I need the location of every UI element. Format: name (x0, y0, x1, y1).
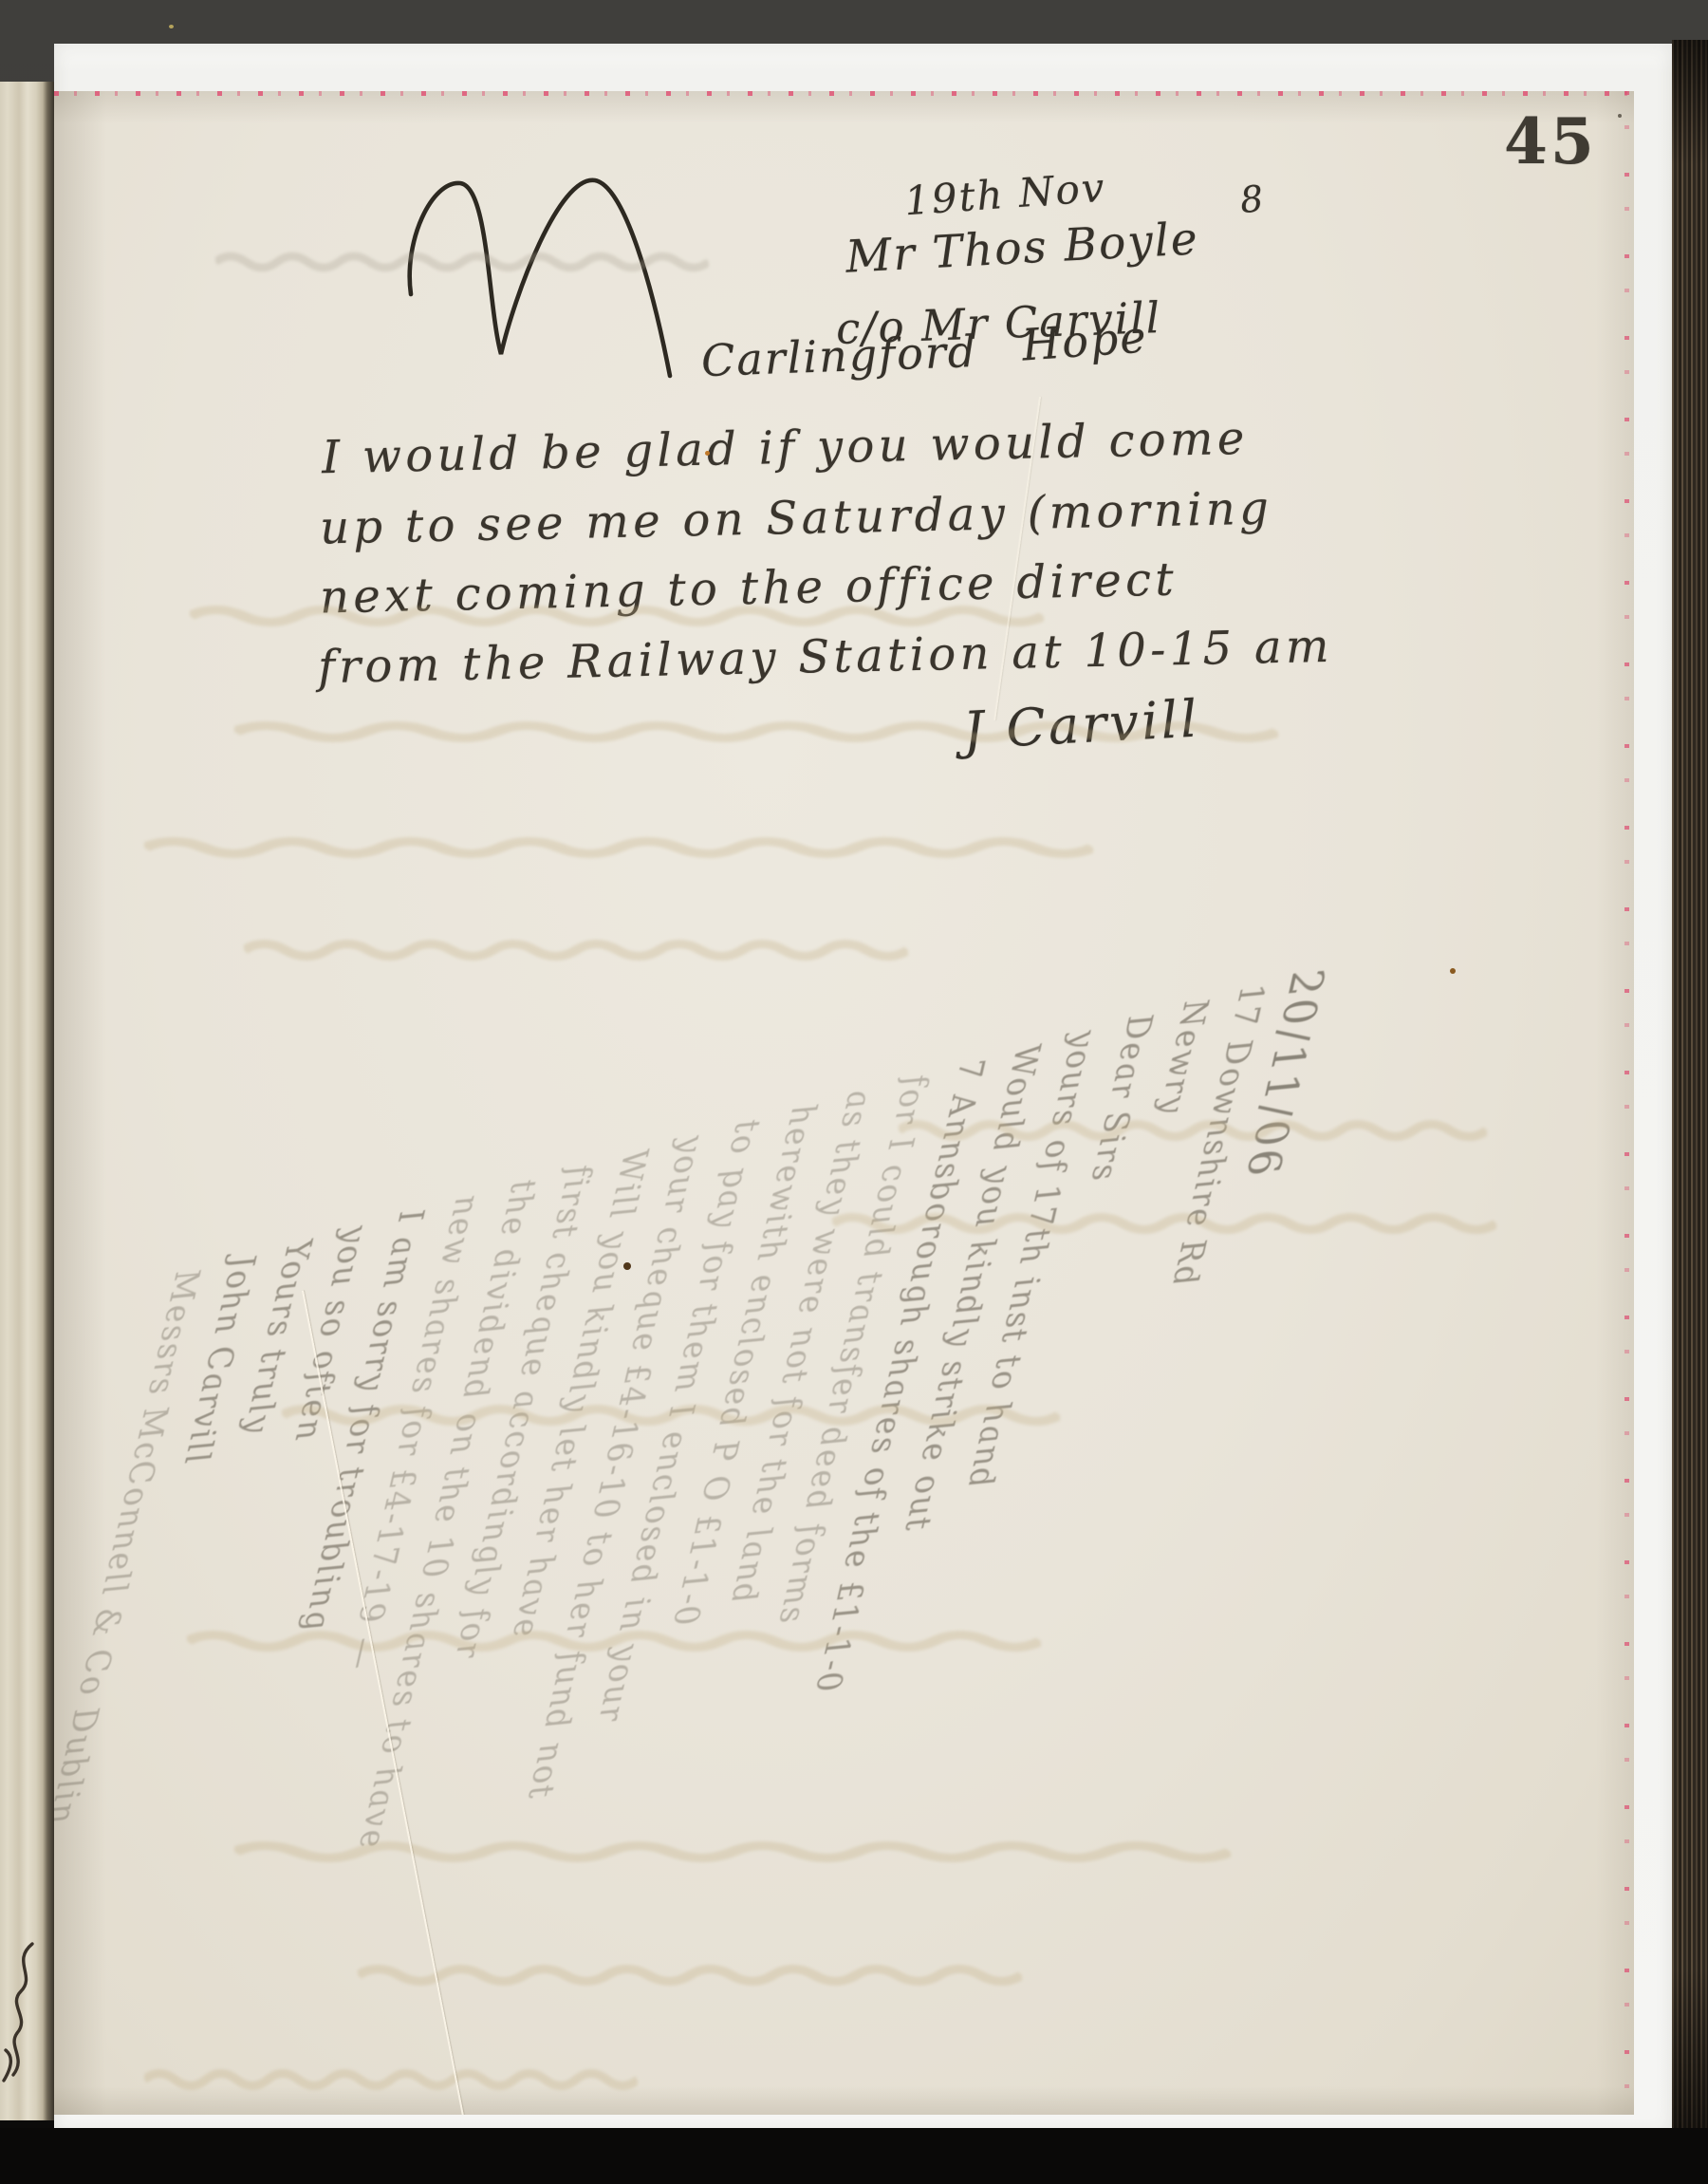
letterbook-page-photo: 45 19th Nov 8 Mr Thos Boyle c/o Mr Carvi… (0, 0, 1708, 2184)
red-edge-speckle-right (1624, 91, 1629, 2115)
bleedthrough-ghost-line (282, 1403, 1060, 1428)
paper-speck (1450, 968, 1456, 974)
bleedthrough-ghost-line (144, 2067, 638, 2092)
letter-number-note: 8 (1238, 177, 1266, 221)
bleedthrough-ghost-line (832, 1211, 1496, 1236)
bleedthrough-ghost-line (358, 1963, 1022, 1988)
letter-place: Carlingford (700, 326, 978, 386)
letter-body-line: from the Railway Station at 10-15 am (318, 620, 1334, 694)
closed-pages-edge-right (1672, 40, 1708, 2137)
clerk-flourish-mark (396, 167, 718, 414)
previous-leaf-edge-left (0, 82, 54, 2120)
paper-speck (705, 451, 710, 456)
bleedthrough-ghost-line (244, 938, 908, 962)
bleedthrough-ghost-line (234, 719, 1278, 744)
margin-ink-scribble (0, 1936, 47, 2088)
paper-speck (1618, 114, 1622, 118)
page-number-stamp: 45 (1504, 104, 1597, 178)
letter-body-line: I would be glad if you would come (322, 412, 1250, 484)
bleedthrough-ghost-line (899, 1118, 1487, 1143)
photo-background-bottom (0, 2128, 1708, 2184)
paper-speck (623, 1262, 631, 1270)
letter-recipient: Mr Thos Boyle (845, 213, 1200, 283)
letter-place-house: Hope (1020, 310, 1149, 370)
letter-body-line: up to see me on Saturday (morning (320, 481, 1273, 554)
bleedthrough-ghost-line (215, 251, 709, 273)
paper-speck (169, 25, 174, 28)
bleedthrough-ghost-line (234, 1839, 1231, 1864)
letter-date: 19th Nov (903, 164, 1107, 225)
ledger-page: 45 19th Nov 8 Mr Thos Boyle c/o Mr Carvi… (54, 91, 1634, 2115)
bleedthrough-ghost-line (144, 835, 1093, 860)
bleedthrough-ghost-line (187, 1629, 1041, 1653)
bleedthrough-ghost-line (190, 604, 1044, 628)
red-edge-speckle-top (54, 91, 1634, 96)
